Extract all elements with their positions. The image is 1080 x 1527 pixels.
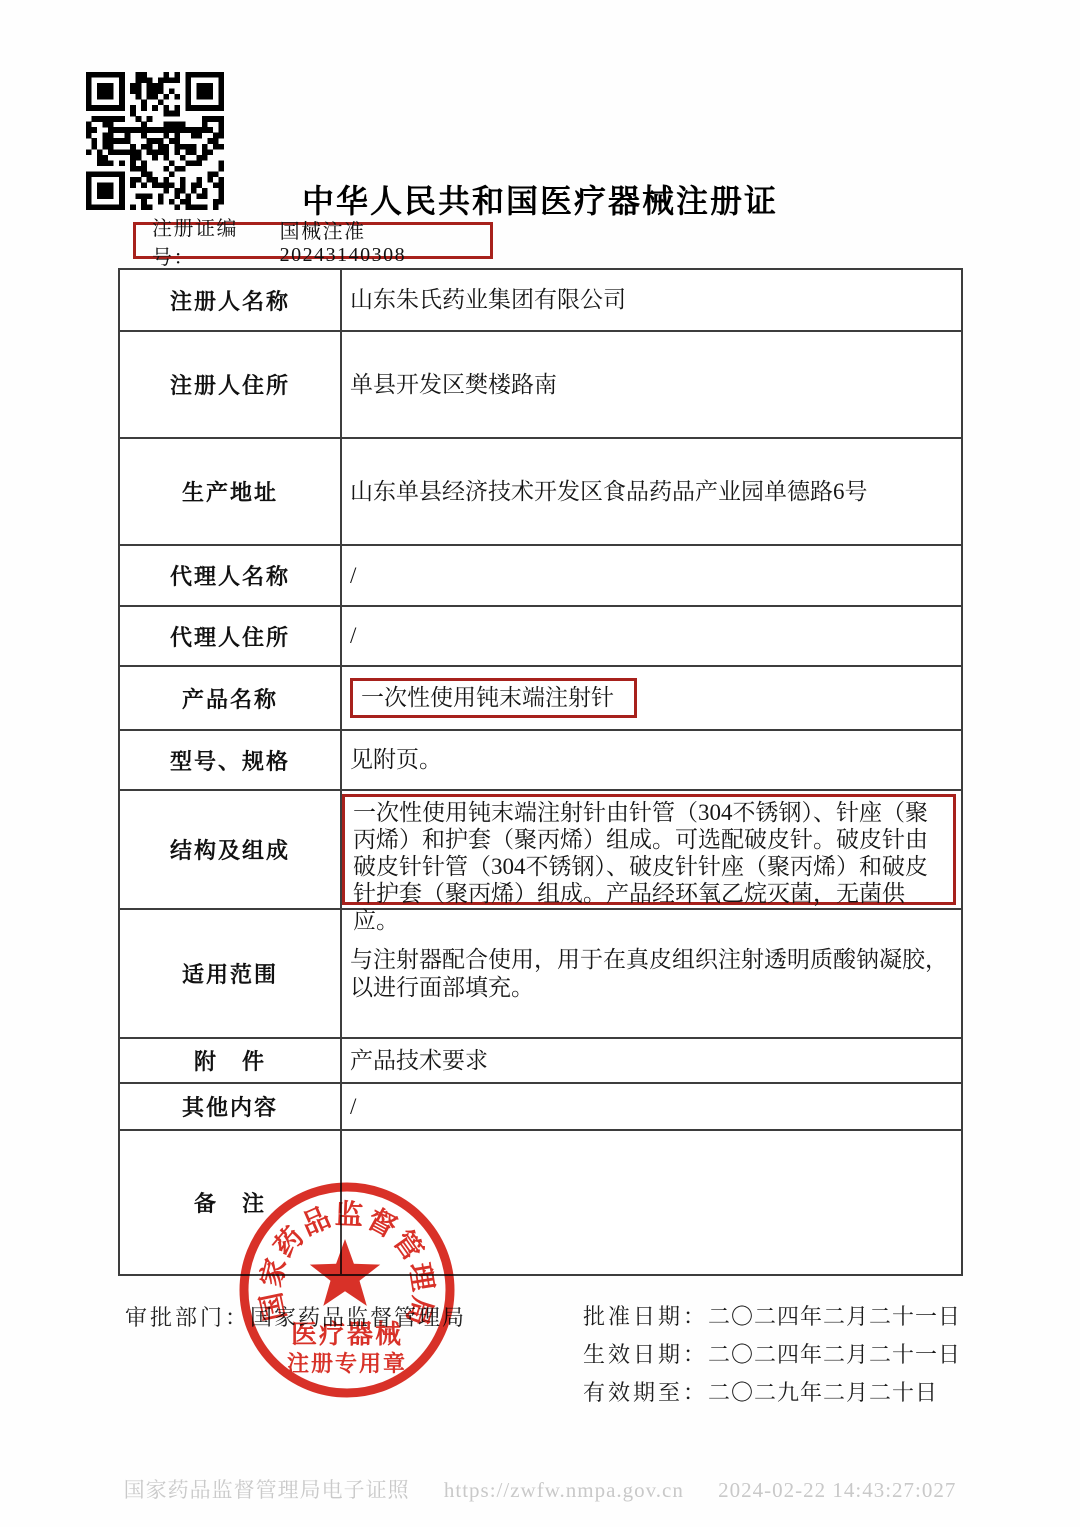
date-row: 生效日期：二〇二四年二月二十一日: [583, 1334, 961, 1372]
row-label: 注册人名称: [120, 270, 340, 330]
row-label: 代理人名称: [120, 546, 340, 605]
product-name-text: 一次性使用钝末端注射针: [361, 685, 614, 710]
official-stamp: 国家药品监督管理局 医疗器械 注册专用章: [232, 1175, 462, 1405]
table-row: 产品名称 一次性使用钝末端注射针: [120, 665, 961, 729]
row-value: 见附页。: [340, 731, 961, 789]
table-row: 结构及组成 一次性使用钝末端注射针由针管（304不锈钢）、针座（聚丙烯）和护套（…: [120, 789, 961, 908]
approval-date-label: 批准日期：: [583, 1300, 708, 1331]
registration-number-label: 注册证编号：: [152, 212, 280, 270]
row-label: 附 件: [120, 1039, 340, 1082]
star-icon: [310, 1239, 380, 1306]
table-row: 适用范围 与注射器配合使用，用于在真皮组织注射透明质酸钠凝胶，以进行面部填充。: [120, 908, 961, 1037]
footer: 国家药品监督管理局电子证照 https://zwfw.nmpa.gov.cn 2…: [0, 1474, 1080, 1504]
row-value: /: [340, 1084, 961, 1129]
table-row: 代理人住所 /: [120, 605, 961, 665]
stamp-line2: 注册专用章: [287, 1351, 407, 1376]
table-row: 注册人住所 单县开发区樊楼路南: [120, 330, 961, 437]
row-label: 适用范围: [120, 910, 340, 1037]
effective-date-label: 生效日期：: [583, 1338, 708, 1369]
effective-date-value: 二〇二四年二月二十一日: [708, 1338, 961, 1369]
row-label: 生产地址: [120, 439, 340, 544]
table-row: 代理人名称 /: [120, 544, 961, 605]
row-label: 产品名称: [120, 667, 340, 729]
row-value: 一次性使用钝末端注射针: [340, 667, 961, 729]
table-row: 附 件 产品技术要求: [120, 1037, 961, 1082]
registration-number-value: 国械注准20243140308: [280, 215, 490, 267]
row-value: 产品技术要求: [340, 1039, 961, 1082]
expiry-date-value: 二〇二九年二月二十日: [708, 1376, 938, 1407]
row-label: 注册人住所: [120, 332, 340, 437]
row-value: 山东单县经济技术开发区食品药品产业园单德路6号: [340, 439, 961, 544]
footer-timestamp: 2024-02-22 14:43:27:027: [718, 1478, 956, 1502]
row-label: 型号、规格: [120, 731, 340, 789]
row-value: /: [340, 546, 961, 605]
row-value: /: [340, 607, 961, 665]
row-value: 一次性使用钝末端注射针由针管（304不锈钢）、针座（聚丙烯）和护套（聚丙烯）组成…: [340, 791, 961, 908]
footer-issuer: 国家药品监督管理局电子证照: [124, 1478, 410, 1502]
structure-highlight-box: 一次性使用钝末端注射针由针管（304不锈钢）、针座（聚丙烯）和护套（聚丙烯）组成…: [342, 794, 956, 905]
row-label: 其他内容: [120, 1084, 340, 1129]
certificate-page: 中华人民共和国医疗器械注册证 注册证编号：国械注准20243140308 注册人…: [0, 0, 1080, 1527]
table-row: 其他内容 /: [120, 1082, 961, 1129]
date-row: 有效期至：二〇二九年二月二十日: [583, 1372, 961, 1410]
approval-date-value: 二〇二四年二月二十一日: [708, 1300, 961, 1331]
row-value: 山东朱氏药业集团有限公司: [340, 270, 961, 330]
row-value: 与注射器配合使用，用于在真皮组织注射透明质酸钠凝胶，以进行面部填充。: [340, 910, 961, 1037]
dates-block: 批准日期：二〇二四年二月二十一日 生效日期：二〇二四年二月二十一日 有效期至：二…: [583, 1296, 961, 1410]
table-row: 注册人名称 山东朱氏药业集团有限公司: [120, 270, 961, 330]
row-label: 结构及组成: [120, 791, 340, 908]
table-row: 型号、规格 见附页。: [120, 729, 961, 789]
cert-table: 注册人名称 山东朱氏药业集团有限公司 注册人住所 单县开发区樊楼路南 生产地址 …: [118, 268, 963, 1276]
table-row: 生产地址 山东单县经济技术开发区食品药品产业园单德路6号: [120, 437, 961, 544]
date-row: 批准日期：二〇二四年二月二十一日: [583, 1296, 961, 1334]
stamp-line1: 医疗器械: [291, 1319, 403, 1349]
expiry-date-label: 有效期至：: [583, 1376, 708, 1407]
product-name-highlight-box: 一次性使用钝末端注射针: [350, 678, 637, 718]
row-label: 代理人住所: [120, 607, 340, 665]
row-value: 单县开发区樊楼路南: [340, 332, 961, 437]
footer-url: https://zwfw.nmpa.gov.cn: [444, 1478, 684, 1502]
registration-number-box: 注册证编号：国械注准20243140308: [133, 222, 493, 259]
